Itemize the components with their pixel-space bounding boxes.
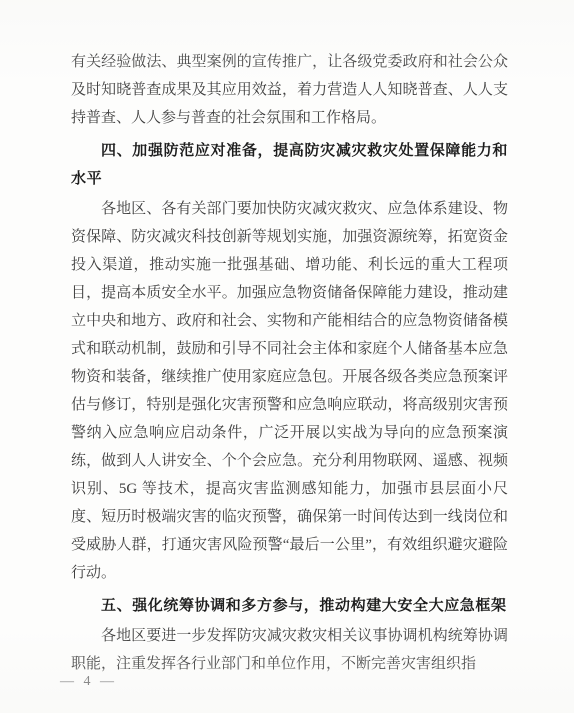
- page-number: — 4 —: [60, 674, 117, 690]
- section-heading: 五、强化统筹协调和多方参与，推动构建大安全大应急框架: [71, 592, 508, 620]
- scanned-document-page: 有关经验做法、典型案例的宣传推广，让各级党委政府和社会公众及时知晓普查成果及其应…: [0, 0, 574, 713]
- document-body: 有关经验做法、典型案例的宣传推广，让各级党委政府和社会公众及时知晓普查成果及其应…: [71, 48, 508, 678]
- paragraph: 各地区要进一步发挥防灾减灾救灾相关议事协调机构统筹协调职能，注重发挥各行业部门和…: [71, 622, 508, 678]
- paragraph: 有关经验做法、典型案例的宣传推广，让各级党委政府和社会公众及时知晓普查成果及其应…: [71, 48, 508, 132]
- paragraph: 各地区、各有关部门要加快防灾减灾救灾、应急体系建设、物资保障、防灾减灾科技创新等…: [71, 195, 508, 587]
- section-heading: 四、加强防范应对准备，提高防灾减灾救灾处置保障能力和水平: [71, 137, 508, 193]
